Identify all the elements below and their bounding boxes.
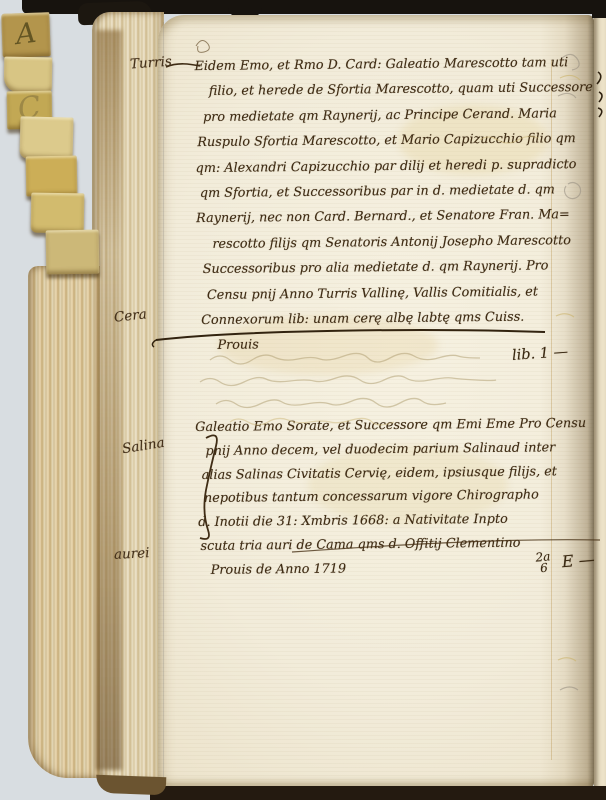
manuscript-line: pnij Anno decem, vel duodecim parium Sal…: [195, 436, 586, 464]
manuscript-line: Prouis de Anno 1719: [197, 555, 588, 583]
margin-note-cera: Cera: [113, 306, 147, 325]
paragraph-entry-turris: Eidem Emo, et Rmo D. Card: Galeatio Mare…: [194, 50, 595, 359]
page-bottom-edge-left: [96, 775, 167, 795]
leaf-fore-edge-stack-lower: [28, 266, 100, 778]
index-tab-blank-3: [26, 156, 78, 197]
tab-letter-a: A: [0, 10, 52, 58]
manuscript-line: filio, et herede de Sfortia Marescotto, …: [195, 75, 593, 105]
margin-note-aurei: aurei: [114, 545, 150, 563]
index-tab-blank-4: [31, 193, 85, 234]
paragraph-entry-salina: Galeatio Emo Sorate, et Successore qm Em…: [195, 412, 588, 583]
corner-mark-bottom: 6: [540, 561, 549, 576]
index-tab-a: A: [1, 12, 51, 58]
manuscript-line: Ruspulo Sfortia Marescotto, et Mario Cap…: [195, 126, 593, 156]
fore-edge-stain: [96, 30, 122, 770]
margin-note-turris: Turris: [129, 54, 172, 73]
corner-mark-tail: E —: [561, 549, 595, 571]
manuscript-line: nepotibus tantum concessarum vigore Chir…: [196, 483, 587, 511]
manuscript-line: Successoribus pro alia medietate d. qm R…: [197, 253, 595, 283]
page-bottom-edge: [150, 786, 606, 800]
index-tab-blank-2: [19, 116, 73, 159]
margin-ruling-left: [163, 22, 164, 778]
manuscript-line: Raynerij, nec non Card. Bernard., et Sen…: [196, 202, 594, 232]
top-right-binding-corner: [592, 0, 606, 18]
index-tab-blank-5: [46, 230, 100, 275]
next-page-edge: [594, 10, 606, 790]
manuscript-line: Censu pnij Anno Turris Vallinę, Vallis C…: [197, 279, 595, 309]
